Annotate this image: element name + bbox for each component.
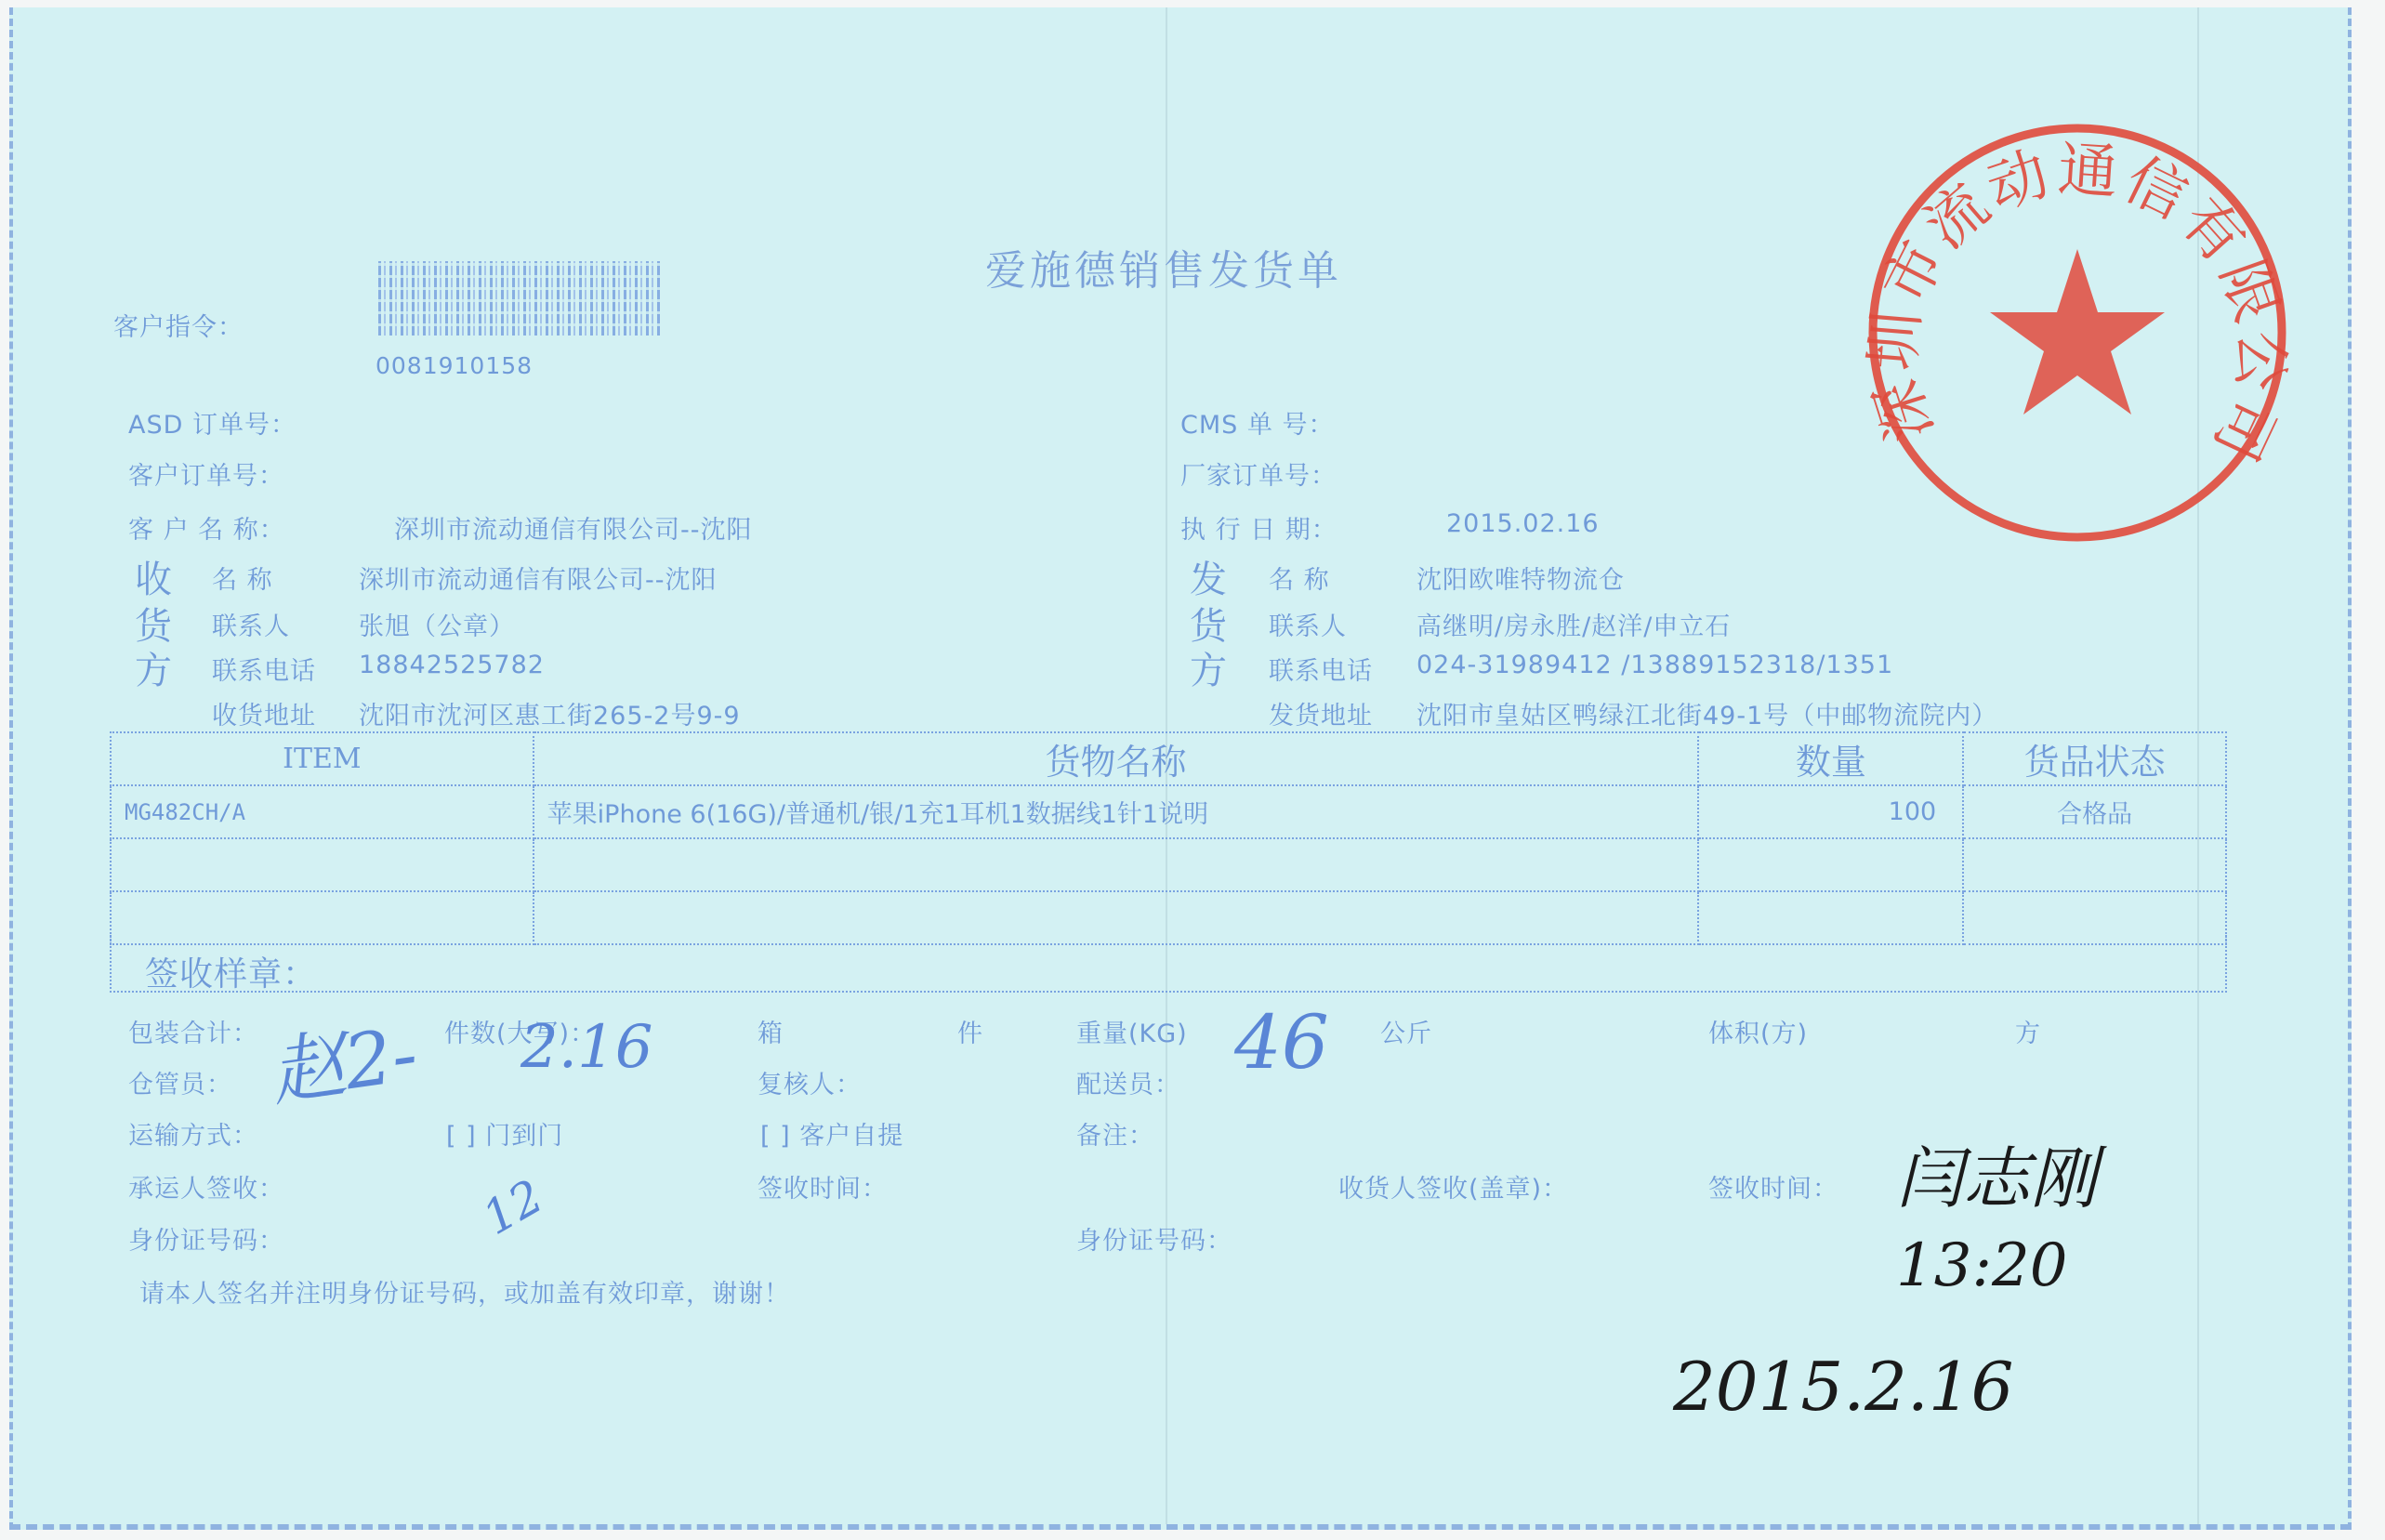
handwritten-warehouse-signature: 赵2- (263, 994, 423, 1121)
option-customer-pickup[interactable]: [ ] 客户自提 (760, 1115, 903, 1152)
cell-item: MG482CH/A (111, 785, 534, 838)
consignee-time-label: 签收时间： (1708, 1168, 1838, 1204)
shipper-phone-label: 联系电话 (1269, 651, 1373, 687)
customer-name-label: 客 户 名 称： (128, 509, 285, 546)
receiver-address-label: 收货地址 (212, 695, 316, 731)
receiver-side-char: 方 (135, 641, 173, 694)
shipper-name-label: 名 称 (1269, 559, 1330, 596)
cell-quantity (1698, 838, 1963, 891)
volume-label: 体积(方) (1708, 1013, 1808, 1049)
goods-table-header: ITEM 货物名称 数量 货品状态 (111, 732, 2226, 785)
customer-instruction-label: 客户指令： (113, 307, 244, 343)
notice-text: 请本人签名并注明身份证号码，或加盖有效印章，谢谢！ (139, 1273, 790, 1310)
table-row (111, 838, 2226, 891)
warehouse-label: 仓管员： (128, 1064, 232, 1100)
document-title: 爱施德销售发货单 (985, 237, 1342, 296)
pack-total-label: 包装合计： (128, 1013, 258, 1049)
receiver-contact-label: 联系人 (212, 606, 290, 642)
cell-goods-name: 苹果iPhone 6(16G)/普通机/银/1充1耳机1数据线1针1说明 (534, 785, 1699, 838)
volume-unit: 方 (2015, 1013, 2041, 1049)
receiver-contact: 张旭（公章） (359, 606, 515, 642)
table-row: MG482CH/A 苹果iPhone 6(16G)/普通机/银/1充1耳机1数据… (111, 785, 2226, 838)
cell-quantity: 100 (1698, 785, 1963, 838)
cell-status: 合格品 (1963, 785, 2226, 838)
shipper-side-char: 方 (1190, 641, 1228, 694)
receiver-name: 深圳市流动通信有限公司--沈阳 (359, 559, 718, 596)
header-item: ITEM (111, 732, 534, 785)
asd-order-label: ASD 订单号： (128, 404, 296, 441)
sign-sample-label: 签收样章： (145, 948, 317, 995)
handwritten-sign-date: 2015.2.16 (1673, 1348, 2013, 1426)
consignee-sign-label: 收货人签收(盖章)： (1338, 1168, 1568, 1204)
receiver-address: 沈阳市沈河区惠工街265-2号9-9 (359, 695, 741, 731)
cell-item (111, 838, 534, 891)
shipper-contact: 高继明/房永胜/赵洋/申立石 (1417, 606, 1731, 642)
option-door-to-door[interactable]: [ ] 门到门 (446, 1115, 563, 1152)
handwritten-weight: 46 (1234, 999, 1329, 1086)
cms-order-label: CMS 单 号： (1180, 404, 1334, 441)
exec-date-label: 执 行 日 期： (1180, 509, 1337, 546)
sign-time-label: 签收时间： (758, 1168, 888, 1204)
shipper-address: 沈阳市皇姑区鸭绿江北街49-1号（中邮物流院内） (1417, 695, 1997, 731)
box-label: 箱 (758, 1013, 784, 1049)
weight-unit: 公斤 (1380, 1013, 1432, 1049)
header-status: 货品状态 (1963, 732, 2226, 785)
barcode (378, 261, 662, 336)
shipper-name: 沈阳欧唯特物流仓 (1417, 559, 1625, 596)
transport-label: 运输方式： (128, 1115, 258, 1152)
handwritten-consignee-name: 闫志刚 (1896, 1125, 2097, 1221)
id-label-consignee: 身份证号码： (1076, 1220, 1232, 1257)
receiver-phone: 18842525782 (359, 651, 545, 679)
cell-status (1963, 838, 2226, 891)
shipper-phone: 024-31989412 /13889152318/1351 (1417, 651, 1893, 679)
shipper-contact-label: 联系人 (1269, 606, 1347, 642)
receiver-side-char: 收 (135, 550, 173, 603)
handwritten-pack-date: 2.16 (520, 1013, 653, 1082)
weight-label: 重量(KG) (1076, 1013, 1188, 1049)
receiver-phone-label: 联系电话 (212, 651, 316, 687)
factory-order-label: 厂家订单号： (1180, 455, 1337, 492)
sign-sample-area (110, 935, 2227, 993)
header-quantity: 数量 (1698, 732, 1963, 785)
shipper-address-label: 发货地址 (1269, 695, 1373, 731)
header-goods-name: 货物名称 (534, 732, 1699, 785)
exec-date: 2015.02.16 (1446, 509, 1600, 538)
company-seal-stamp: 深圳市流动通信有限公司 (1854, 110, 2300, 556)
customer-order-label: 客户订单号： (128, 455, 284, 492)
star-icon (1990, 249, 2165, 415)
id-label: 身份证号码： (128, 1220, 284, 1257)
customer-instruction-code: 0081910158 (376, 352, 533, 379)
customer-name: 深圳市流动通信有限公司--沈阳 (394, 509, 753, 546)
piece-label: 件 (957, 1013, 983, 1049)
carrier-sign-label: 承运人签收： (128, 1168, 284, 1204)
goods-table: ITEM 货物名称 数量 货品状态 MG482CH/A 苹果iPhone 6(1… (110, 731, 2227, 945)
shipper-side-char: 发 (1190, 550, 1228, 603)
cell-goods-name (534, 838, 1699, 891)
remark-label: 备注： (1076, 1115, 1154, 1152)
receiver-name-label: 名 称 (212, 559, 273, 596)
checker-label: 复核人： (758, 1064, 862, 1100)
handwritten-sign-time: 13:20 (1896, 1231, 2067, 1300)
deliverer-label: 配送员： (1076, 1064, 1180, 1100)
